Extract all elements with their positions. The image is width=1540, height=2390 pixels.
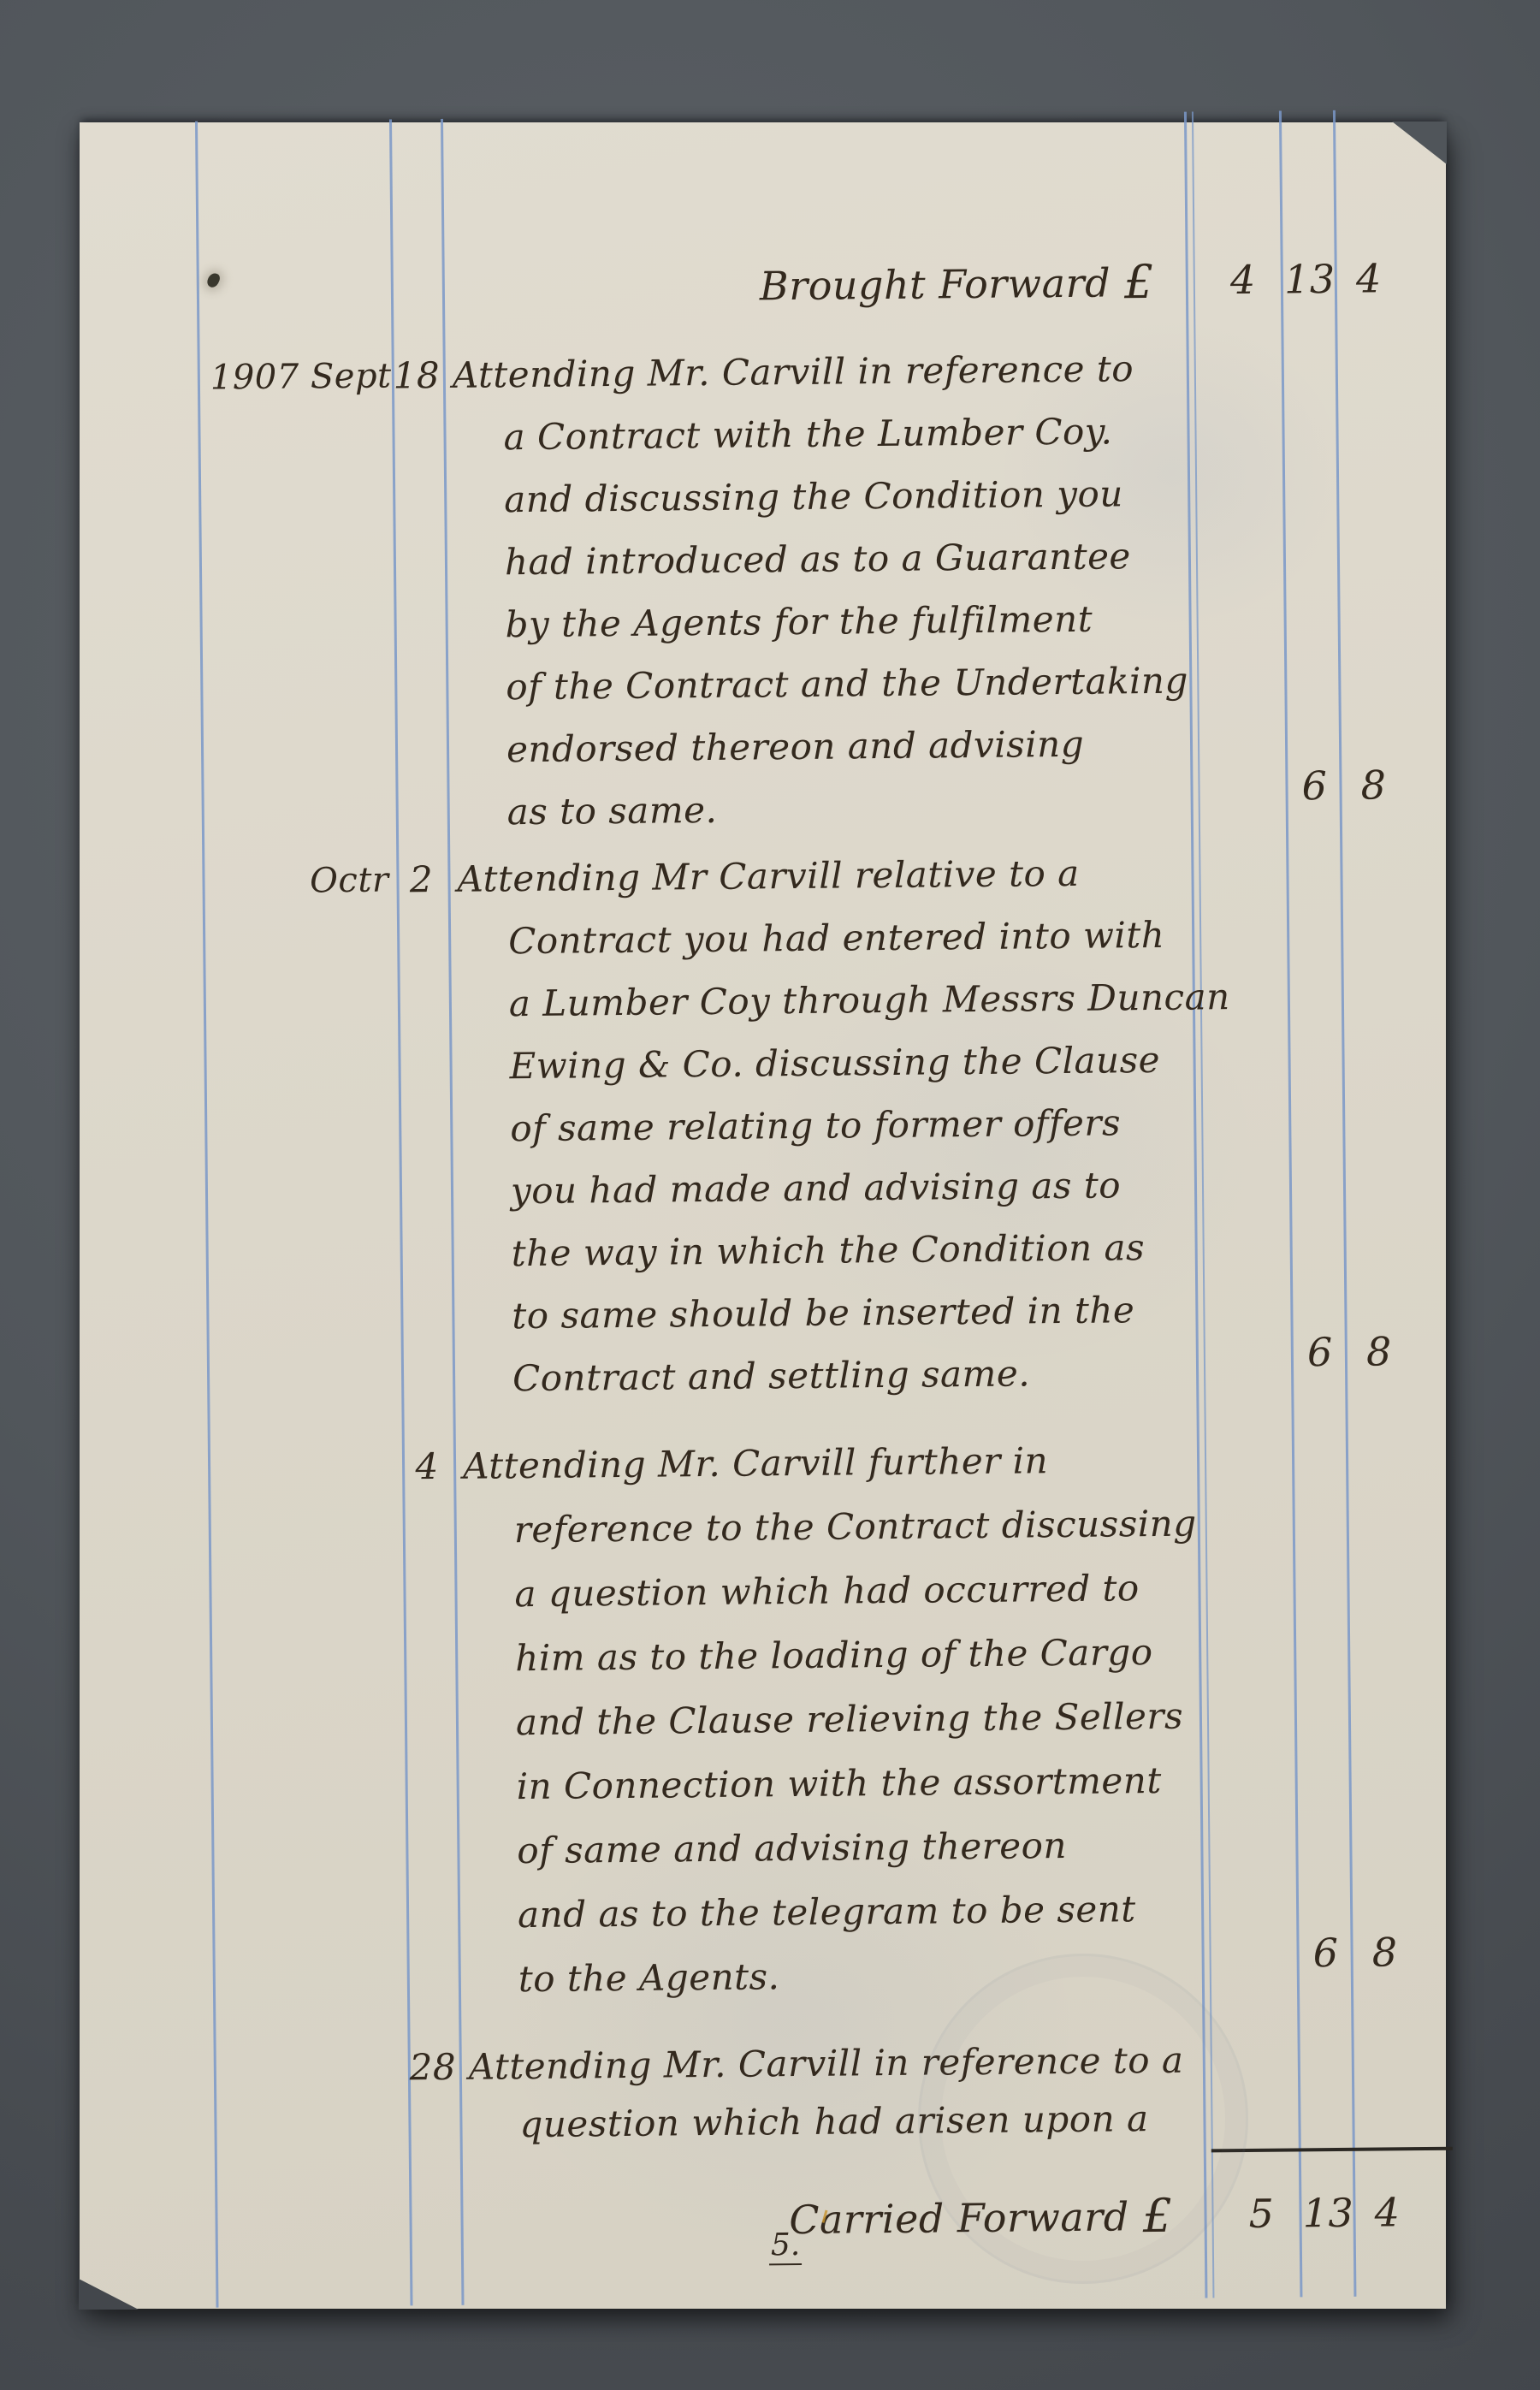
entry-amount-pence: 8	[1337, 753, 1410, 817]
ledger-entry: 4 Attending Mr. Carvill further in refer…	[80, 110, 1446, 122]
entry-text-line: endorsed thereon and advising	[506, 713, 1085, 781]
entry-text-line: a Lumber Coy through Messrs Duncan	[509, 965, 1230, 1035]
entry-day: 4	[394, 1435, 461, 1499]
entry-text-line: you had made and advising as to	[511, 1153, 1122, 1223]
entry-text-line: reference to the Contract discussing	[513, 1492, 1197, 1563]
entry-text-line: Attending Mr. Carvill in reference to	[453, 337, 1134, 407]
entry-text-line: and the Clause relieving the Sellers	[516, 1685, 1184, 1754]
entry-text-line: Ewing & Co. discussing the Clause	[509, 1029, 1160, 1098]
entry-date: Octr	[215, 849, 389, 914]
ruled-line-day-column-right	[441, 119, 464, 2305]
entry-day: 18	[383, 344, 451, 408]
entry-text-line: to same should be inserted in the	[512, 1278, 1135, 1348]
page-number: 5.	[769, 2222, 803, 2268]
entry-text-line: in Connection with the assortment	[516, 1749, 1162, 1818]
entry-text-line: and as to the telegram to be sent	[518, 1877, 1136, 1947]
entry-text-line: the way in which the Condition as	[511, 1216, 1145, 1285]
ledger-entry: 1907 Sept 18 Attending Mr. Carvill in re…	[80, 110, 1446, 122]
entry-text-line: by the Agents for the fulfilment	[505, 588, 1093, 657]
carried-forward-pounds: 5	[1225, 2181, 1298, 2245]
entry-text-line: had introduced as to a Guarantee	[505, 525, 1132, 594]
entry-amount-pence: 8	[1348, 1920, 1421, 1984]
total-separator-rule	[1211, 2147, 1453, 2152]
entry-text-line: Contract and settling same.	[512, 1342, 1031, 1410]
entry-day: 2	[388, 848, 455, 912]
entry-text-line: and discussing the Condition you	[504, 462, 1123, 531]
brought-forward-pounds: 4	[1206, 248, 1279, 312]
entry-text-line: him as to the loading of the Cargo	[515, 1621, 1153, 1690]
entry-text-line: as to same.	[506, 779, 717, 844]
entry-text-line: Contract you had entered into with	[508, 904, 1165, 973]
brought-forward-row: Brought Forward£	[612, 249, 1155, 317]
entry-text-line: to the Agents.	[518, 1945, 780, 2011]
entry-text-line: Attending Mr Carvill relative to a	[457, 842, 1080, 911]
brought-forward-pence: 4	[1332, 246, 1405, 311]
entry-day: 28	[399, 2036, 466, 2100]
entry-text-line: Attending Mr. Carvill further in	[463, 1429, 1049, 1498]
ledger-entry: 28 Attending Mr. Carvill in reference to…	[80, 110, 1446, 122]
entry-text-line: of same and advising thereon	[517, 1814, 1067, 1883]
ledger-page: Brought Forward£ 4 13 4 1907 Sept 18 Att…	[80, 122, 1446, 2309]
page-content: Brought Forward£ 4 13 4 1907 Sept 18 Att…	[80, 110, 1466, 2309]
ruled-line-left-margin	[195, 122, 218, 2308]
entry-text-line: a question which had occurred to	[514, 1557, 1140, 1626]
ruled-line-day-column-left	[389, 120, 412, 2306]
pound-sign: £	[1124, 251, 1155, 314]
photo-background: Brought Forward£ 4 13 4 1907 Sept 18 Att…	[0, 0, 1540, 2390]
brought-forward-label: Brought Forward	[760, 259, 1111, 309]
entry-text-line: a Contract with the Lumber Coy.	[503, 400, 1112, 469]
entry-text-line: of same relating to former offers	[510, 1091, 1121, 1160]
carried-forward-pence: 4	[1351, 2180, 1424, 2245]
entry-text-line: of the Contract and the Undertaking	[506, 649, 1188, 720]
entry-date: 1907 Sept	[210, 345, 385, 410]
ledger-entry: Octr 2 Attending Mr Carvill relative to …	[80, 110, 1446, 122]
embossed-stamp-ghost	[918, 1954, 1248, 2284]
entry-amount-pence: 8	[1343, 1320, 1416, 1384]
